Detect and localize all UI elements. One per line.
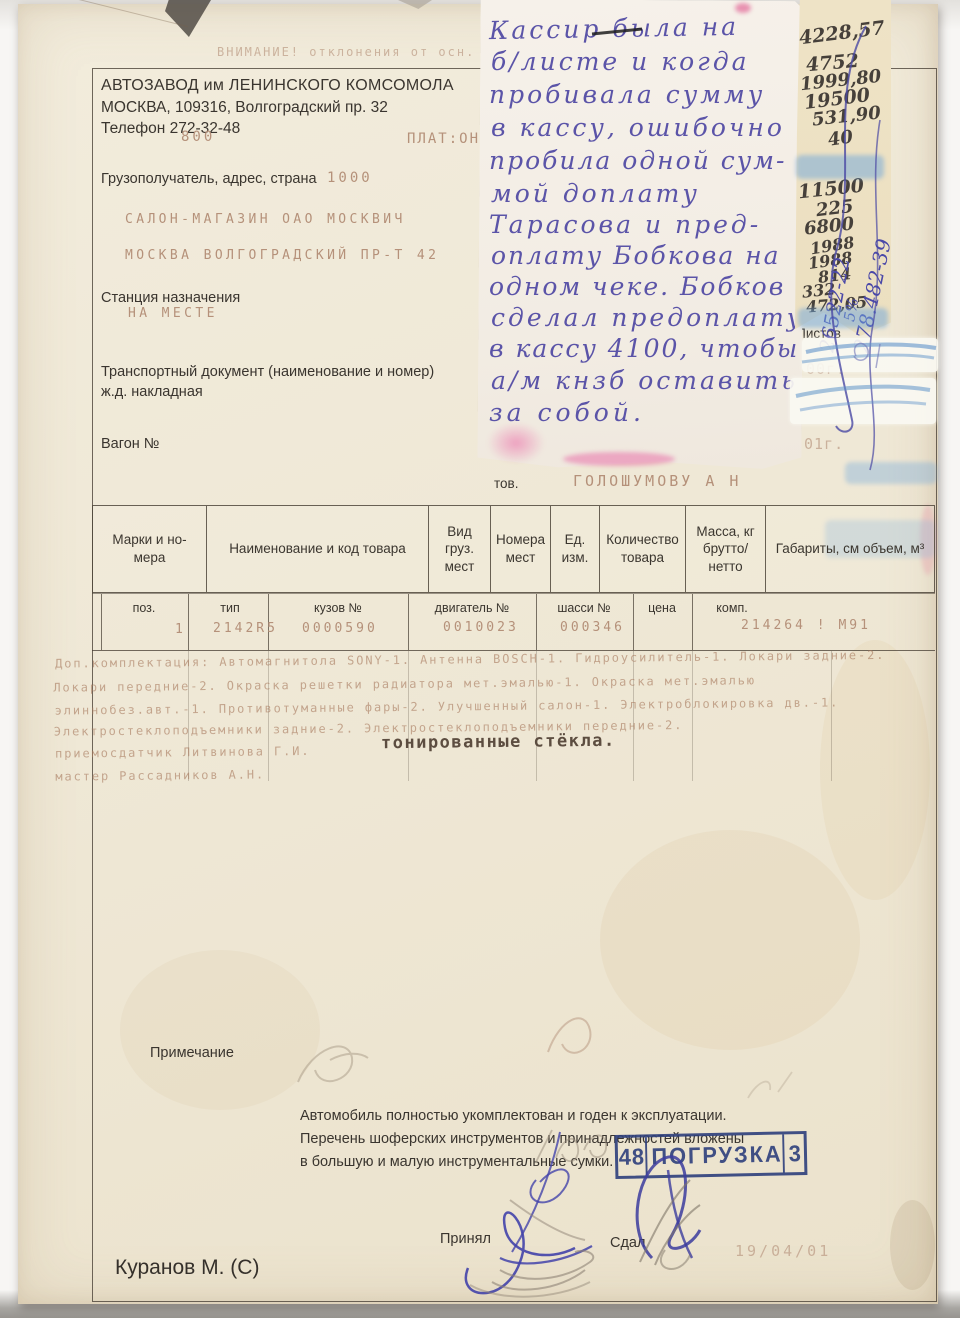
sub-col-poz: поз. xyxy=(133,601,156,615)
factory-name: АВТОЗАВОД им ЛЕНИНСКОГО КОМСОМОЛА xyxy=(101,77,454,95)
transport-doc-value: ж.д. накладная xyxy=(101,384,203,400)
code-1000: 1000 xyxy=(327,170,373,186)
date-value: 19/04/01 xyxy=(735,1242,831,1260)
handed-label: Сдал xyxy=(610,1235,645,1251)
addressee-name: ГОЛОШУМОВУ А Н xyxy=(573,472,741,490)
col-place-numbers: Номера мест xyxy=(491,506,551,592)
code-800: 800 xyxy=(181,129,215,145)
factory-address: МОСКВА, 109316, Волгоградский пр. 32 xyxy=(101,99,388,117)
col-cargo-type: Вид груз. мест xyxy=(429,506,491,592)
sub-col-komp: комп. xyxy=(716,601,747,615)
stamp-word: ПОГРУЗКА xyxy=(651,1134,785,1175)
table-line xyxy=(408,651,409,781)
table-line xyxy=(831,651,832,781)
sub-col-shassi: шасси № xyxy=(557,601,610,615)
completeness-line-1: Автомобиль полностью укомплектован и год… xyxy=(300,1108,727,1124)
row-komp: 214264 ! М91 xyxy=(741,618,871,633)
table-line xyxy=(536,651,537,781)
note-label: Примечание xyxy=(150,1045,234,1061)
row-shassi: 000346 xyxy=(560,620,625,635)
station-value: НА МЕСТЕ xyxy=(128,306,218,321)
stamp-number-left: 48 xyxy=(618,1137,647,1176)
factory-phone: Телефон 272-32-48 xyxy=(101,120,240,138)
sub-col-tip: тип xyxy=(220,601,239,615)
year-01: 01г. xyxy=(804,435,844,453)
watermark-credit: Куранов М. (С) xyxy=(115,1256,259,1280)
col-dimensions: Габариты, см объем, м³ xyxy=(766,506,934,592)
sub-col-cena: цена xyxy=(648,601,676,615)
completeness-line-3: в большую и малую инструментальные сумки… xyxy=(300,1154,613,1170)
wagon-label: Вагон № xyxy=(101,436,159,452)
correction-fluid-patch xyxy=(790,378,936,424)
table-line xyxy=(692,651,693,781)
consignee-name: САЛОН-МАГАЗИН ОАО МОСКВИЧ xyxy=(125,212,406,227)
blue-marker-smear xyxy=(845,462,937,484)
stamp-number-right: 3 xyxy=(787,1134,803,1172)
pink-smudge xyxy=(487,422,545,464)
col-quantity: Количество товара xyxy=(600,506,686,592)
col-unit: Ед. изм. xyxy=(551,506,600,592)
row-poz: 1 xyxy=(175,622,186,637)
col-name-code: Наименование и код товара xyxy=(207,506,429,592)
sub-col-kuzov: кузов № xyxy=(314,601,362,615)
transport-doc-label: Транспортный документ (наименование и но… xyxy=(101,364,434,380)
pink-smudge xyxy=(563,452,675,466)
pogruzka-stamp: 48 ПОГРУЗКА 3 xyxy=(615,1131,808,1179)
attention-line: ВНИМАНИЕ! отклонения от осн. xyxy=(217,45,475,59)
station-label: Станция назначения xyxy=(101,290,240,306)
table-line xyxy=(268,651,269,781)
received-label: Принял xyxy=(440,1231,491,1247)
blue-marker-smear xyxy=(798,308,888,328)
consignee-address: МОСКВА ВОЛГОГРАДСКИЙ ПР-Т 42 xyxy=(125,248,439,263)
typed-bold-line: тонированные стёкла. xyxy=(381,731,616,753)
row-dvigatel: 0010023 xyxy=(443,620,519,635)
goods-table-subrow: поз. тип кузов № двигатель № шасси № цен… xyxy=(92,593,935,651)
correction-fluid-patch xyxy=(802,338,938,372)
blue-marker-smear xyxy=(796,155,884,179)
col-marks: Марки и но- мера xyxy=(93,506,207,592)
table-line xyxy=(633,651,634,781)
pink-smudge xyxy=(735,3,751,13)
tov-label: тов. xyxy=(494,476,518,491)
col-mass: Масса, кг брутто/ нетто xyxy=(686,506,766,592)
consignee-label: Грузополучатель, адрес, страна xyxy=(101,171,317,187)
row-kuzov: 0000590 xyxy=(302,621,378,636)
row-tip: 2142R5 xyxy=(213,621,278,636)
sub-col-dvigatel: двигатель № xyxy=(435,601,510,615)
goods-table-header: Марки и но- мера Наименование и код това… xyxy=(92,505,935,593)
code-plat: ПЛАТ:ОН xyxy=(407,131,480,147)
